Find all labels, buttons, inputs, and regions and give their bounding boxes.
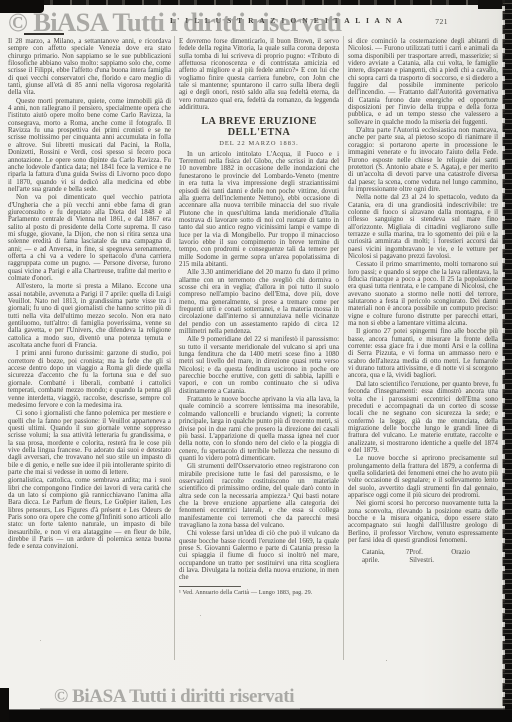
scan-topleft-blob bbox=[0, 0, 44, 13]
scan-top-bar bbox=[0, 0, 512, 5]
paragraph: Nei giorni scorsi ho percorso nuovamente… bbox=[348, 500, 498, 544]
paragraph: Ci sono i giornalisti che fanno polemica… bbox=[8, 410, 171, 476]
paragraph: Queste morti premature, quiete, come imm… bbox=[8, 98, 171, 193]
paragraph: Alle 3.30 antimeridiane del 20 marzo fu … bbox=[179, 269, 339, 335]
paragraph: D'altra parte l'Autorità ecclesiastica n… bbox=[348, 127, 498, 193]
paragraph: Non va poi dimenticato quel vecchio patr… bbox=[8, 194, 171, 282]
author-signature: Prof. Orazio Silvestri. bbox=[409, 549, 470, 564]
paragraph: Le nuove bocche si aprirono precisamente… bbox=[348, 455, 498, 499]
article-heading: LA BREVE ERUZIONE DELL'ETNA DEL 22 MARZO… bbox=[179, 116, 339, 147]
scan-dash-artifact bbox=[24, 33, 64, 35]
footnote-rule bbox=[179, 586, 241, 587]
paragraph: si dice cominciò la costernazione degli … bbox=[348, 38, 498, 126]
paragraph: Cessato il primo smarrimento, molti torn… bbox=[348, 261, 498, 327]
library-watermark-bottom: © BiASA Tutti i diritti riservati bbox=[54, 686, 294, 708]
paragraph: Nella notte dal 23 al 24 lo spettacolo, … bbox=[348, 194, 498, 260]
scanned-page: L' I L L U S T R A Z I O N E I T A L I A… bbox=[0, 0, 512, 722]
article-dateline-row: Catania, 7 aprile. Prof. Orazio Silvestr… bbox=[348, 545, 498, 564]
paragraph: I primi anni furono durissimi: garzone d… bbox=[8, 350, 171, 409]
text-column-middle: E dovremo forse dimenticarlo, il buon Br… bbox=[179, 38, 339, 663]
paragraph: Frattanto le nuove bocche aprivano la vi… bbox=[179, 396, 339, 462]
paragraph: Gli strumenti dell'Osservatorio etneo re… bbox=[179, 463, 339, 529]
page-header: L' I L L U S T R A Z I O N E I T A L I A… bbox=[0, 16, 512, 30]
article-subtitle: DEL 22 MARZO 1883. bbox=[179, 140, 339, 147]
paragraph: In un articolo intitolato L'Acqua, il Fu… bbox=[179, 151, 339, 269]
paragraph: Chi volesse farsi un'idea di ciò che può… bbox=[179, 530, 339, 581]
paragraph: Dal lato scientifico l'eruzione, per qua… bbox=[348, 381, 498, 454]
scan-right-edge-texture bbox=[502, 0, 505, 722]
scan-bottomleft-blob bbox=[0, 688, 9, 722]
paragraph: All'estero, la morte si presta a Milano.… bbox=[8, 283, 171, 349]
paragraph: Il giorno 27 potei spingermi fino alle b… bbox=[348, 328, 498, 379]
text-column-right: si dice cominciò la costernazione degli … bbox=[348, 38, 498, 670]
page-number: 721 bbox=[435, 17, 448, 26]
paragraph: E dovremo forse dimenticarlo, il buon Br… bbox=[179, 38, 339, 111]
paragraph: Il 28 marzo, a Milano, a settantanove an… bbox=[8, 38, 171, 97]
paper-speckles bbox=[0, 0, 1, 1]
dateline: Catania, 7 aprile. bbox=[362, 549, 409, 564]
column-divider-right bbox=[343, 36, 344, 660]
column-divider-left bbox=[174, 36, 175, 660]
journal-title: L' I L L U S T R A Z I O N E I T A L I A… bbox=[170, 16, 300, 25]
paragraph: giornalistica, cattolica, come sembrava … bbox=[8, 477, 171, 550]
paragraph: Alle 9 pomeridiane del 22 si manifestò i… bbox=[179, 336, 339, 395]
article-title: LA BREVE ERUZIONE DELL'ETNA bbox=[179, 116, 339, 138]
footnote: ¹ Ved. Annuario della Carità — Lungo 188… bbox=[179, 589, 339, 596]
text-column-left: Il 28 marzo, a Milano, a settantanove an… bbox=[8, 38, 171, 663]
scan-bottom-bar bbox=[0, 710, 512, 722]
